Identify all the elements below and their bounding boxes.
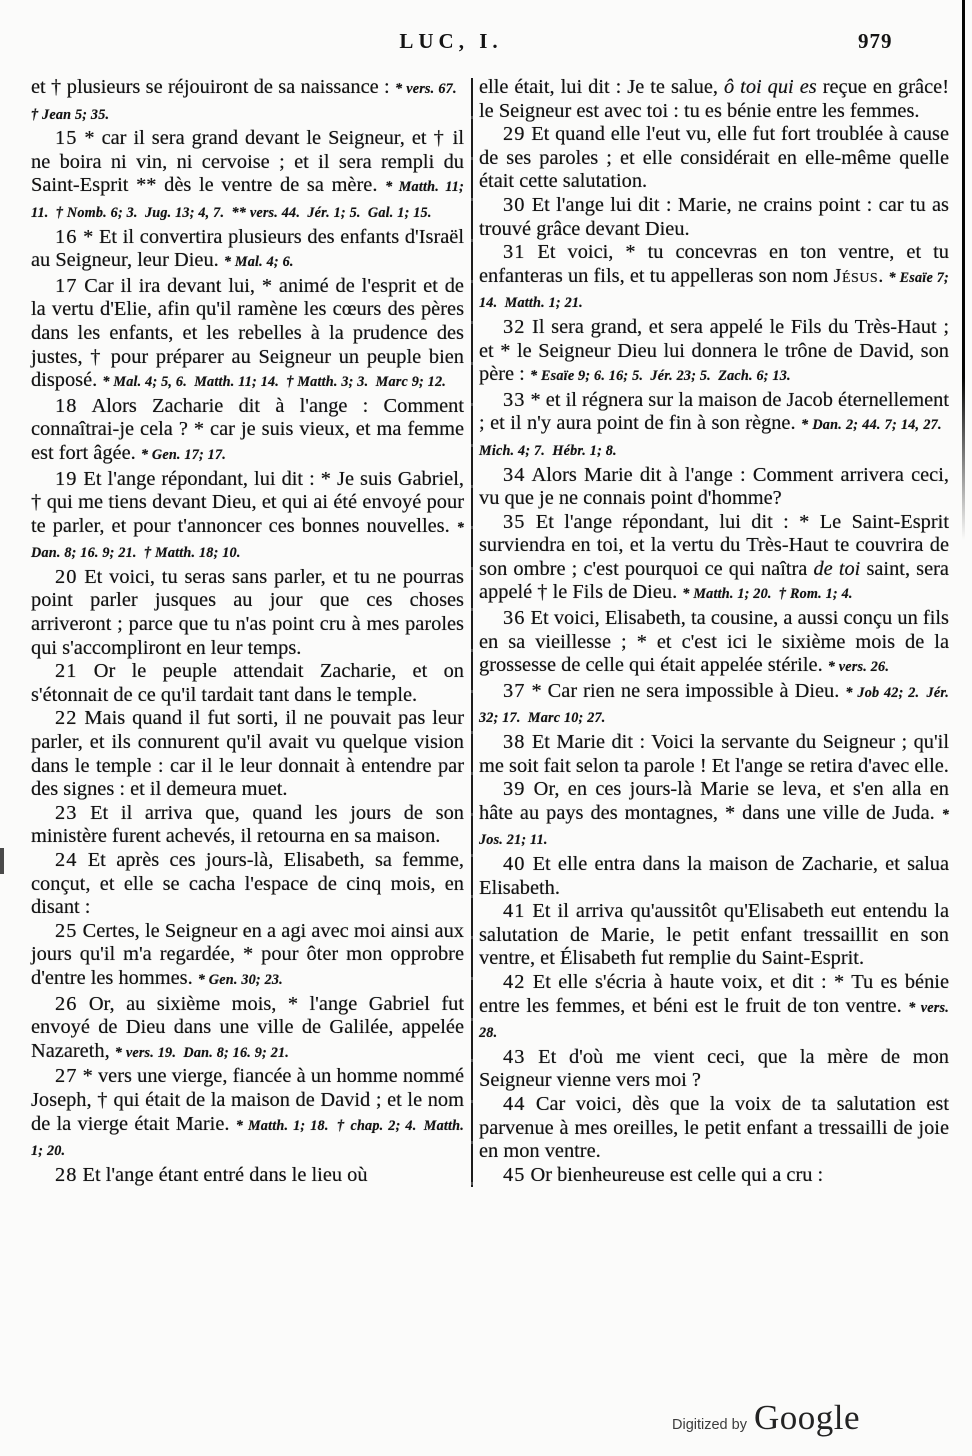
verse-text: Alors Marie dit à l'ange : Comment arriv… bbox=[479, 464, 949, 510]
scan-edge-artifact bbox=[962, 0, 965, 540]
verse-text: Et l'ange répondant, lui dit : * Je suis… bbox=[31, 468, 464, 537]
verse-19: 19 Et l'ange répondant, lui dit : * Je s… bbox=[31, 468, 464, 566]
verse-number: 39 bbox=[503, 778, 525, 800]
verse-28: 28 Et l'ange étant entré dans le lieu où bbox=[31, 1164, 464, 1188]
scanned-book-page: LUC, I. 979 et † plusieurs se réjouiront… bbox=[0, 0, 972, 1456]
verse-text: . bbox=[878, 265, 888, 287]
verse-36: 36 Et voici, Elisabeth, ta cousine, a au… bbox=[479, 607, 949, 680]
verse-27: 27 * vers une vierge, fiancée à un homme… bbox=[31, 1065, 464, 1163]
verse-text-italic: de toi bbox=[813, 558, 860, 580]
verse-number: 30 bbox=[503, 194, 525, 216]
google-logo: Google bbox=[754, 1398, 860, 1438]
two-column-text-block: et † plusieurs se réjouiront de sa naiss… bbox=[31, 76, 949, 1187]
verse-14-continuation: et † plusieurs se réjouiront de sa naiss… bbox=[31, 76, 464, 127]
verse-43: 43 Et d'où me vient ceci, que la mère de… bbox=[479, 1046, 949, 1093]
digitized-by-label: Digitized by bbox=[672, 1417, 747, 1433]
verse-text: Alors Zacharie dit à l'ange : Comment co… bbox=[31, 395, 464, 464]
verse-42: 42 Et elle s'écria à haute voix, et dit … bbox=[479, 971, 949, 1046]
verse-number: 26 bbox=[55, 993, 77, 1015]
verse-33: 33 * et il régnera sur la maison de Jaco… bbox=[479, 389, 949, 464]
verse-32: 32 Il sera grand, et sera appelé le Fils… bbox=[479, 316, 949, 389]
verse-number: 17 bbox=[55, 275, 77, 297]
verse-20: 20 Et voici, tu seras sans parler, et tu… bbox=[31, 566, 464, 660]
verse-text: Mais quand il fut sorti, il ne pouvait p… bbox=[31, 707, 464, 800]
right-column: elle était, lui dit : Je te salue, ô toi… bbox=[479, 76, 949, 1187]
verse-number: 35 bbox=[503, 511, 525, 533]
verse-text: Et l'ange étant entré dans le lieu où bbox=[77, 1164, 367, 1186]
verse-24: 24 Et après ces jours-là, Elisabeth, sa … bbox=[31, 849, 464, 920]
verse-number: 42 bbox=[503, 971, 525, 993]
page-number: 979 bbox=[858, 29, 893, 54]
verse-17: 17 Car il ira devant lui, * animé de l'e… bbox=[31, 275, 464, 395]
verse-text: Car voici, dès que la voix de ta salutat… bbox=[479, 1093, 949, 1162]
verse-text: Et voici, tu seras sans parler, et tu ne… bbox=[31, 566, 464, 659]
verse-number: 15 bbox=[55, 127, 77, 149]
digitization-footer: Digitized by Google bbox=[672, 1398, 860, 1438]
cross-references: * Matth. 1; 20. † Rom. 1; 4. bbox=[682, 586, 852, 602]
cross-references: * Gen. 17; 17. bbox=[141, 447, 226, 463]
verse-44: 44 Car voici, dès que la voix de ta salu… bbox=[479, 1093, 949, 1164]
verse-number: 29 bbox=[503, 123, 525, 145]
cross-references: * Esaïe 9; 6. 16; 5. Jér. 23; 5. Zach. 6… bbox=[530, 368, 791, 384]
verse-31: 31 Et voici, * tu concevras en ton ventr… bbox=[479, 241, 949, 316]
scan-speck-artifact bbox=[0, 848, 4, 874]
verse-text: Et l'ange lui dit : Marie, ne crains poi… bbox=[479, 194, 949, 240]
verse-text: Et d'où me vient ceci, que la mère de mo… bbox=[479, 1046, 949, 1092]
verse-number: 23 bbox=[55, 802, 77, 824]
verse-39: 39 Or, en ces jours-là Marie se leva, et… bbox=[479, 778, 949, 853]
cross-references: * Gen. 30; 23. bbox=[198, 972, 283, 988]
verse-number: 25 bbox=[55, 920, 77, 942]
verse-35: 35 Et l'ange répondant, lui dit : * Le S… bbox=[479, 511, 949, 607]
verse-number: 27 bbox=[55, 1065, 77, 1087]
verse-number: 43 bbox=[503, 1046, 525, 1068]
cross-references: * Mal. 4; 5, 6. Matth. 11; 14. † Matth. … bbox=[102, 374, 446, 390]
running-head-title: LUC, I. bbox=[0, 29, 902, 54]
cross-references: * vers. 26. bbox=[828, 659, 889, 675]
verse-18: 18 Alors Zacharie dit à l'ange : Comment… bbox=[31, 395, 464, 468]
verse-text: Et elle s'écria à haute voix, et dit : *… bbox=[479, 971, 949, 1017]
verse-23: 23 Et il arriva que, quand les jours de … bbox=[31, 802, 464, 849]
verse-number: 40 bbox=[503, 853, 525, 875]
verse-22: 22 Mais quand il fut sorti, il ne pouvai… bbox=[31, 707, 464, 801]
verse-text: * Car rien ne sera impossible à Dieu. bbox=[525, 680, 845, 702]
verse-number: 34 bbox=[503, 464, 525, 486]
verse-number: 16 bbox=[55, 226, 77, 248]
left-column: et † plusieurs se réjouiront de sa naiss… bbox=[31, 76, 464, 1187]
verse-40: 40 Et elle entra dans la maison de Zacha… bbox=[479, 853, 949, 900]
verse-number: 21 bbox=[55, 660, 77, 682]
verse-number: 20 bbox=[55, 566, 77, 588]
verse-number: 38 bbox=[503, 731, 525, 753]
verse-text: Et Marie dit : Voici la servante du Seig… bbox=[479, 731, 949, 777]
verse-number: 33 bbox=[503, 389, 525, 411]
verse-45: 45 Or bienheureuse est celle qui a cru : bbox=[479, 1164, 949, 1188]
verse-number: 24 bbox=[55, 849, 77, 871]
verse-28-continuation: elle était, lui dit : Je te salue, ô toi… bbox=[479, 76, 949, 123]
verse-number: 44 bbox=[503, 1093, 525, 1115]
verse-text-smallcaps: Jésus bbox=[834, 265, 879, 287]
verse-text: Et après ces jours-là, Elisabeth, sa fem… bbox=[31, 849, 464, 918]
verse-text: Et quand elle l'eut vu, elle fut fort tr… bbox=[479, 123, 949, 192]
verse-21: 21 Or le peuple attendait Zacharie, et o… bbox=[31, 660, 464, 707]
verse-text: elle était, lui dit : Je te salue, bbox=[479, 76, 724, 98]
verse-text: Or le peuple attendait Zacharie, et on s… bbox=[31, 660, 464, 706]
verse-text: Or bienheureuse est celle qui a cru : bbox=[525, 1164, 823, 1186]
verse-text: Et elle entra dans la maison de Zacharie… bbox=[479, 853, 949, 899]
verse-number: 19 bbox=[55, 468, 77, 490]
verse-number: 28 bbox=[55, 1164, 77, 1186]
verse-number: 22 bbox=[55, 707, 77, 729]
verse-number: 18 bbox=[55, 395, 77, 417]
column-divider-rule bbox=[471, 78, 473, 1187]
verse-text: et † plusieurs se réjouiront de sa naiss… bbox=[31, 76, 395, 98]
verse-number: 32 bbox=[503, 316, 525, 338]
verse-25: 25 Certes, le Seigneur en a agi avec moi… bbox=[31, 920, 464, 993]
verse-30: 30 Et l'ange lui dit : Marie, ne crains … bbox=[479, 194, 949, 241]
verse-15: 15 * car il sera grand devant le Seigneu… bbox=[31, 127, 464, 225]
verse-37: 37 * Car rien ne sera impossible à Dieu.… bbox=[479, 680, 949, 731]
verse-number: 45 bbox=[503, 1164, 525, 1186]
verse-text: Et il arriva qu'aussitôt qu'Elisabeth eu… bbox=[479, 900, 949, 969]
verse-text: Or, en ces jours-là Marie se leva, et s'… bbox=[479, 778, 949, 824]
cross-references: * Mal. 4; 6. bbox=[224, 254, 294, 270]
verse-16: 16 * Et il convertira plusieurs des enfa… bbox=[31, 226, 464, 275]
verse-26: 26 Or, au sixième mois, * l'ange Gabriel… bbox=[31, 993, 464, 1066]
verse-text: Et il arriva que, quand les jours de son… bbox=[31, 802, 464, 848]
verse-29: 29 Et quand elle l'eut vu, elle fut fort… bbox=[479, 123, 949, 194]
verse-38: 38 Et Marie dit : Voici la servante du S… bbox=[479, 731, 949, 778]
cross-references: * vers. 19. Dan. 8; 16. 9; 21. bbox=[115, 1045, 289, 1061]
verse-number: 37 bbox=[503, 680, 525, 702]
verse-number: 41 bbox=[503, 900, 525, 922]
verse-text-italic: ô toi qui es bbox=[724, 76, 817, 98]
verse-41: 41 Et il arriva qu'aussitôt qu'Elisabeth… bbox=[479, 900, 949, 971]
verse-number: 31 bbox=[503, 241, 525, 263]
verse-number: 36 bbox=[503, 607, 525, 629]
verse-34: 34 Alors Marie dit à l'ange : Comment ar… bbox=[479, 464, 949, 511]
